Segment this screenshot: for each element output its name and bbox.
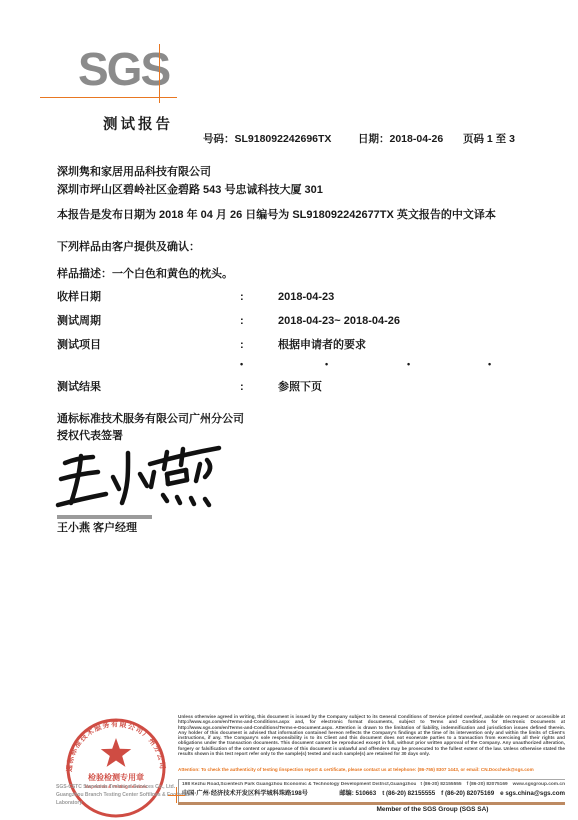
address-english: 198 Kezhu Road,Scientech Park Guangzhou … <box>182 782 416 787</box>
separator-dot: • <box>407 359 410 369</box>
sample-provided-note: 下列样品由客户提供及确认： <box>57 241 200 255</box>
info-colon: : <box>240 291 278 305</box>
test-report-page: SGS 测试报告 号码：SL918092242696TX 日期：2018-04-… <box>0 0 578 820</box>
separator-dot: • <box>240 359 243 369</box>
info-colon: : <box>240 339 278 353</box>
footer-registration-mark-vertical <box>176 787 177 803</box>
signature-underline <box>57 515 152 519</box>
info-row-test-requested: 测试项目 : 根据申请者的要求 <box>57 339 527 353</box>
info-value: 2018-04-23 <box>278 291 527 305</box>
info-label: 测试周期 <box>57 315 240 329</box>
email: e sgs.china@sgs.com <box>500 790 565 797</box>
authenticity-attention-note: Attention: To check the authenticity of … <box>178 767 565 772</box>
separator-dot: • <box>488 359 491 369</box>
authorized-signatory-label: 授权代表签署 <box>57 430 123 444</box>
info-label: 测试项目 <box>57 339 240 353</box>
translation-note: 本报告是发布日期为 2018 年 04 月 26 日编号为 SL91809224… <box>57 209 496 223</box>
info-colon: : <box>240 381 278 395</box>
info-row-sample-received-date: 收样日期 : 2018-04-23 <box>57 291 527 305</box>
page-count: 页码 1 至 3 <box>463 131 515 146</box>
handwritten-signature <box>55 443 225 515</box>
telephone-english: t (86-20) 82155555 <box>421 782 462 787</box>
address-box: 198 Kezhu Road,Scientech Park Guangzhou … <box>178 779 565 802</box>
fax-chinese: f (86-20) 82075169 <box>441 790 494 797</box>
separator-dot: • <box>325 359 328 369</box>
info-row-test-results: 测试结果 : 参照下页 <box>57 381 527 395</box>
client-name: 深圳隽和家居用品科技有限公司 <box>57 166 211 180</box>
sample-description: 样品描述：一个白色和黄色的枕头。 <box>57 268 233 282</box>
report-number-value: SL918092242696TX <box>235 133 332 145</box>
client-address: 深圳市坪山区碧岭社区金碧路 543 号忠诚科技大厦 301 <box>57 184 323 198</box>
postcode-chinese: 邮编: 510663 <box>339 788 376 797</box>
address-chinese: 中国·广州·经济技术开发区科学城科珠路198号 <box>182 788 333 797</box>
signer-name-title: 王小燕 客户经理 <box>57 522 137 536</box>
info-label: 收样日期 <box>57 291 240 305</box>
info-value: 2018-04-23~ 2018-04-26 <box>278 315 527 329</box>
telephone-chinese: t (86-20) 82155555 <box>382 790 435 797</box>
address-row-english: 198 Kezhu Road,Scientech Park Guangzhou … <box>182 782 565 787</box>
sgs-membership-note: Member of the SGS Group (SGS SA) <box>300 806 565 813</box>
report-number: 号码：SL918092242696TX <box>203 131 331 146</box>
issuing-company: 通标标准技术服务有限公司广州分公司 <box>57 413 244 427</box>
registration-mark-vertical <box>159 44 160 103</box>
info-row-testing-period: 测试周期 : 2018-04-23~ 2018-04-26 <box>57 315 527 329</box>
report-date-value: 2018-04-26 <box>390 133 444 145</box>
page-title: 测试报告 <box>103 113 173 134</box>
sgs-logo: SGS <box>78 46 169 92</box>
report-date-label: 日期： <box>358 133 390 145</box>
fax-english: f (86-20) 82075169 <box>467 782 508 787</box>
address-row-chinese: 中国·广州·经济技术开发区科学城科珠路198号 邮编: 510663 t (86… <box>182 788 565 797</box>
report-number-label: 号码： <box>203 133 235 145</box>
stamp-band-chinese: 检验检测专用章 <box>88 772 144 782</box>
info-value: 根据申请者的要求 <box>278 339 527 353</box>
website: www.sgsgroup.com.cn <box>513 782 565 787</box>
report-date: 日期：2018-04-26 <box>358 131 443 146</box>
footer-rule <box>178 802 565 805</box>
registration-mark-horizontal <box>40 97 177 98</box>
laboratory-name-line1: SGS-CSTC Standards Technical Services Co… <box>56 783 196 791</box>
info-label: 测试结果 <box>57 381 240 395</box>
info-value: 参照下页 <box>278 381 527 395</box>
laboratory-name-line2: Guangzhou Branch Testing Center Softline… <box>56 791 196 807</box>
info-colon: : <box>240 315 278 329</box>
terms-disclaimer: Unless otherwise agreed in writing, this… <box>178 714 565 756</box>
stamp-star-icon <box>101 738 131 767</box>
